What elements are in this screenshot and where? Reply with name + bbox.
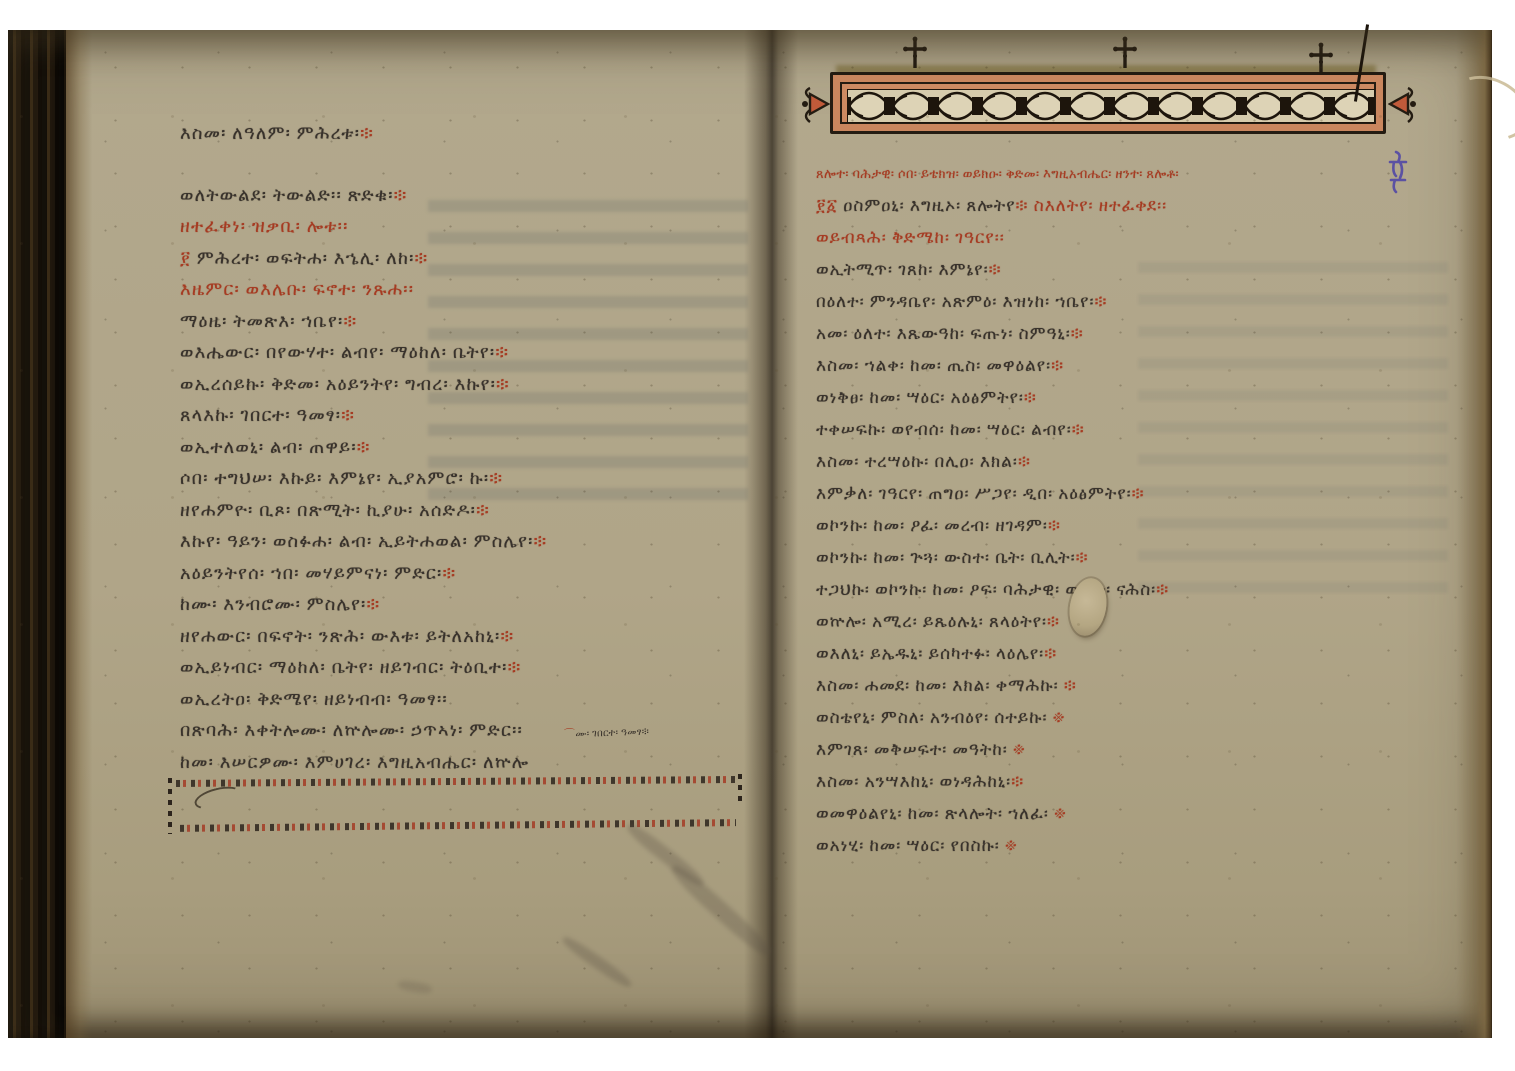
text-line: ወስቴየኒ፡ ምስለ፡ አንብዕየ፡ ሰተይኩ፡ ፠ bbox=[816, 702, 1436, 734]
ink-text: ወኢይነብር፡ ማዕከለ፡ ቤትየ፡ ዘይገብር፡ ትዕቢተ፡ bbox=[180, 657, 508, 677]
text-line: አመ፡ ዕለተ፡ እጼውዓከ፡ ፍጡነ፡ ስምዓኒ፡፨ bbox=[816, 318, 1436, 350]
ink-text: ማዕዜ፡ ትመጽእ፡ ኀቤየ፡ bbox=[180, 311, 343, 331]
text-line: ዘየሐምዮ፡ ቢጾ፡ በጽሚት፡ ኪያሁ፡ አሰድዶ፡፨ bbox=[180, 495, 780, 527]
text-line: ዘተፈቀነ፡ ዝቃቢ፡ ሎቱ፡፡ bbox=[180, 211, 780, 243]
rubricated-text: ፨ bbox=[534, 531, 548, 551]
text-line: እስመ፡ ለዓለም፡ ምሕረቱ፡፨ bbox=[180, 118, 780, 150]
text-line: ፻፩ ዐስምዐኒ፡ እግዚኦ፡ ጸሎትየ፨ ስእለትየ፡ ዘተፈቀደ፡፡ bbox=[816, 190, 1436, 222]
text-line: እምቃለ፡ ገዓርየ፡ ጠግዐ፡ ሥጋየ፡ ዲበ፡ አዕፅምትየ፡፨ bbox=[816, 478, 1436, 510]
cross-icon bbox=[1112, 36, 1138, 72]
ink-smudge bbox=[560, 934, 634, 991]
finial-icon-left bbox=[800, 82, 830, 126]
ink-text: ዐስምዐኒ፡ እግዚኦ፡ ጸሎትየ bbox=[843, 196, 1015, 215]
cross-icon bbox=[1308, 42, 1334, 78]
text-line: ጸላእኩ፡ ገበርተ፡ ዓመፃ፡፨ bbox=[180, 400, 780, 432]
rubricated-text: ፨ bbox=[1044, 644, 1057, 663]
ink-text: ዘየሐውር፡ በፍኖት፡ ንጽሕ፡ ውእቱ፡ ይትለአከኒ፡ bbox=[180, 626, 500, 646]
rubricated-text: ፠ bbox=[1005, 836, 1018, 855]
dotted-filler-row bbox=[180, 819, 736, 832]
rubricated-text: ፨ bbox=[496, 374, 510, 394]
ink-text: ወኢረትዐ፡ ቅድሜየ፡ ዘይነብብ፡ ዓመፃ፡፡ bbox=[180, 689, 448, 709]
ink-text: እምቃለ፡ ገዓርየ፡ ጠግዐ፡ ሥጋየ፡ ዲበ፡ አዕፅምትየ፡ bbox=[816, 484, 1132, 503]
ink-text: ወኮንኩ፡ ከመ፡ ጕጓ፡ ውስተ፡ ቤት፡ ቢሊት፡ bbox=[816, 548, 1076, 567]
left-page-text-column: እስመ፡ ለዓለም፡ ምሕረቱ፡፨ወለትውልደ፡ ትውልድ፡፡ ጽድቁ፡፨ዘተፈ… bbox=[180, 118, 780, 778]
rubricated-text: ፨ bbox=[508, 657, 522, 677]
ink-text: እስመ፡ አንሣእከኒ፡ ወነዳሕከኒ፡ bbox=[816, 772, 1011, 791]
rubricated-text: ፨ bbox=[476, 500, 490, 520]
manuscript-scan: እስመ፡ ለዓለም፡ ምሕረቱ፡፨ወለትውልደ፡ ትውልድ፡፡ ጽድቁ፡፨ዘተፈ… bbox=[0, 0, 1515, 1071]
pen-squiggle bbox=[192, 782, 243, 813]
ink-text: ከመ፡ እሠርዎሙ፡ እምሀገረ፡ እግዚአብሔር፡ ለኵሎ bbox=[180, 752, 529, 772]
insertion-mark: ⌒ bbox=[564, 728, 576, 740]
ink-text: በዕለተ፡ ምንዳቤየ፡ አጽምዕ፡ እዝነከ፡ ኀቤየ፡ bbox=[816, 292, 1094, 311]
text-line: በዕለተ፡ ምንዳቤየ፡ አጽምዕ፡ እዝነከ፡ ኀቤየ፡፨ bbox=[816, 286, 1436, 318]
headpiece-chain-pattern bbox=[847, 89, 1375, 123]
rubricated-text: ፠ bbox=[1053, 708, 1066, 727]
rubricated-text: ፨ bbox=[489, 468, 503, 488]
rubricated-text: ፨ bbox=[1048, 516, 1061, 535]
ink-text: ከሙ፡ እንብሮሙ፡ ምስሌየ፡ bbox=[180, 594, 367, 614]
rubricated-text: ፨ bbox=[1047, 612, 1060, 631]
rubricated-text: ፨ bbox=[1018, 452, 1031, 471]
ink-text: እስመ፡ ሐመደ፡ ከመ፡ እክል፡ ቀማሕኩ፡ bbox=[816, 676, 1064, 695]
ink-text: በጽባሕ፡ እቀትሎሙ፡ ለኵሎሙ፡ ኃጥኣነ፡ ምድር፡፡ bbox=[180, 720, 523, 740]
ink-text: ወአነሂ፡ ከመ፡ ሣዕር፡ የበስኩ፡ bbox=[816, 836, 1005, 855]
ink-text: ተቀሠፍኩ፡ ወየብሰ፡ ከመ፡ ሣዕር፡ ልብየ፡ bbox=[816, 420, 1072, 439]
ink-text: ወእለኒ፡ ይኤዱኒ፡ ይሰካተፉ፡ ላዕሌየ፡ bbox=[816, 644, 1044, 663]
right-page-text-column: ጸሎተ፡ ባሕታዊ፡ ሶበ፡ ይቴክዝ፡ ወይክዑ፡ ቅድመ፡ እግዚአብሔር፡… bbox=[816, 158, 1436, 862]
ink-text: ወለትውልደ፡ ትውልድ፡፡ ጽድቁ፡ bbox=[180, 185, 394, 205]
finial-icon-right bbox=[1388, 82, 1418, 126]
text-line: ጸሎተ፡ ባሕታዊ፡ ሶበ፡ ይቴክዝ፡ ወይክዑ፡ ቅድመ፡ እግዚአብሔር፡… bbox=[816, 158, 1436, 190]
filler-edge-ticks bbox=[738, 774, 742, 804]
ink-text: እምገጸ፡ መቅሠፍተ፡ መዓትከ፡ bbox=[816, 740, 1013, 759]
text-line: እዜምር፡ ወእሌቡ፡ ፍኖተ፡ ንጹሐ፡፡ bbox=[180, 274, 780, 306]
text-line: አዕይንትየሰ፡ ኀበ፡ መሃይምናነ፡ ምድር፡፨ bbox=[180, 558, 780, 590]
ink-text: ወኢትሚጥ፡ ገጸከ፡ እምኔየ፡ bbox=[816, 260, 989, 279]
rubricated-text: ፨ bbox=[1076, 548, 1089, 567]
text-line: እምገጸ፡ መቅሠፍተ፡ መዓትከ፡ ፠ bbox=[816, 734, 1436, 766]
ink-text: አመ፡ ዕለተ፡ እጼውዓከ፡ ፍጡነ፡ ስምዓኒ፡ bbox=[816, 324, 1071, 343]
ink-text: ወእሔውር፡ በየውሃተ፡ ልብየ፡ ማዕከለ፡ ቤትየ፡ bbox=[180, 342, 495, 362]
codex-photo: እስመ፡ ለዓለም፡ ምሕረቱ፡፨ወለትውልደ፡ ትውልድ፡፡ ጽድቁ፡፨ዘተፈ… bbox=[8, 30, 1492, 1038]
rubricated-text: ፨ bbox=[1094, 292, 1107, 311]
ink-text: ወኮንኩ፡ ከመ፡ ዖፈ፡ መረብ፡ ዘገዳም፡ bbox=[816, 516, 1048, 535]
ink-text: ወመዋዕልየኒ፡ ከመ፡ ጽላሎት፡ ኀለፈ፡ bbox=[816, 804, 1054, 823]
book-spine-binding bbox=[8, 30, 66, 1038]
rubricated-text: ፻፩ bbox=[816, 196, 843, 215]
rubricated-text: ፻ bbox=[180, 248, 197, 268]
blue-quire-mark bbox=[1386, 148, 1410, 198]
rubricated-text: ወይብጻሕ፡ ቅድሜከ፡ ገዓርየ፡፡ bbox=[816, 228, 1005, 247]
rubricated-text: ፨ bbox=[357, 437, 371, 457]
text-line: ወነቅፀ፡ ከመ፡ ሣዕር፡ አዕፅምትየ፡፨ bbox=[816, 382, 1436, 414]
right-page-fore-edge bbox=[1456, 30, 1492, 1038]
text-line: ዘየሐውር፡ በፍኖት፡ ንጽሕ፡ ውእቱ፡ ይትለአከኒ፡፨ bbox=[180, 621, 780, 653]
rubricated-text: ፠ bbox=[1054, 804, 1067, 823]
left-page-edge bbox=[66, 30, 92, 1038]
text-line: ከመ፡ እሠርዎሙ፡ እምሀገረ፡ እግዚአብሔር፡ ለኵሎ bbox=[180, 747, 780, 779]
text-line: ወኮንኩ፡ ከመ፡ ዖፈ፡ መረብ፡ ዘገዳም፡፨ bbox=[816, 510, 1436, 542]
text-line: ወይብጻሕ፡ ቅድሜከ፡ ገዓርየ፡፡ bbox=[816, 222, 1436, 254]
ink-text: ሶበ፡ ተግህሠ፡ እኩይ፡ እምኔየ፡ ኢያአምሮ፡ ኩ፡ bbox=[180, 468, 489, 488]
text-line: ተቀሠፍኩ፡ ወየብሰ፡ ከመ፡ ሣዕር፡ ልብየ፡፨ bbox=[816, 414, 1436, 446]
text-line: በጽባሕ፡ እቀትሎሙ፡ ለኵሎሙ፡ ኃጥኣነ፡ ምድር፡፡ bbox=[180, 715, 780, 747]
text-line: እስመ፡ ተረሣዕኩ፡ በሊዐ፡ እክል፡፨ bbox=[816, 446, 1436, 478]
rubricated-text: ፨ bbox=[1024, 388, 1037, 407]
headpiece-outer-frame bbox=[830, 72, 1386, 134]
ink-smudge bbox=[397, 979, 432, 995]
rubricated-text: ፨ bbox=[394, 185, 408, 205]
text-line: ወመዋዕልየኒ፡ ከመ፡ ጽላሎት፡ ኀለፈ፡ ፠ bbox=[816, 798, 1436, 830]
ink-text: ወኵሎ፡ አሚረ፡ ይጼዕሉኒ፡ ጸላዕትየ፡ bbox=[816, 612, 1047, 631]
ink-text: አዕይንትየሰ፡ ኀበ፡ መሃይምናነ፡ ምድር፡ bbox=[180, 563, 443, 583]
rubricated-text: ፨ bbox=[1156, 580, 1169, 599]
text-line: እስመ፡ ኀልቀ፡ ከመ፡ ጢስ፡ መዋዕልየ፡፨ bbox=[816, 350, 1436, 382]
cross-icon bbox=[902, 36, 928, 72]
rubricated-text: ፨ bbox=[1132, 484, 1145, 503]
interlinear-text: ሙ፡ ገበርተ፡ ዓመፃ፨ bbox=[575, 727, 649, 741]
ink-text: እስመ፡ ለዓለም፡ ምሕረቱ፡ bbox=[180, 123, 360, 143]
ink-text: ወኢተለወኒ፡ ልብ፡ ጠዋይ፡ bbox=[180, 437, 357, 457]
text-line: ወኢረሰይኩ፡ ቅድመ፡ አዕይንትየ፡ ግብረ፡ እኩየ፡፨ bbox=[180, 369, 780, 401]
text-line: ወእለኒ፡ ይኤዱኒ፡ ይሰካተፉ፡ ላዕሌየ፡፨ bbox=[816, 638, 1436, 670]
text-line: ወኢተለወኒ፡ ልብ፡ ጠዋይ፡፨ bbox=[180, 432, 780, 464]
ink-text: እስመ፡ ተረሣዕኩ፡ በሊዐ፡ እክል፡ bbox=[816, 452, 1018, 471]
text-line: ሶበ፡ ተግህሠ፡ እኩይ፡ እምኔየ፡ ኢያአምሮ፡ ኩ፡፨ bbox=[180, 463, 780, 495]
text-line: እስመ፡ ሐመደ፡ ከመ፡ እክል፡ ቀማሕኩ፡ ፨ bbox=[816, 670, 1436, 702]
rubricated-text: ፨ bbox=[443, 563, 457, 583]
text-line: ተጋህኩ፡ ወኮንኩ፡ ከመ፡ ዖፍ፡ ባሕታዊ፡ ውስተ፡ ናሕስ፡፨ bbox=[816, 574, 1436, 606]
ink-text: ወኢረሰይኩ፡ ቅድመ፡ አዕይንትየ፡ ግብረ፡ እኩየ፡ bbox=[180, 374, 496, 394]
rubricated-text: ፨ bbox=[360, 123, 374, 143]
text-line: ወለትውልደ፡ ትውልድ፡፡ ጽድቁ፡፨ bbox=[180, 180, 780, 212]
rubricated-text: ፨ bbox=[343, 311, 357, 331]
ink-text: ጸላእኩ፡ ገበርተ፡ ዓመፃ፡ bbox=[180, 405, 341, 425]
filler-edge-ticks bbox=[168, 778, 172, 834]
rubricated-text: ፨ bbox=[1071, 324, 1084, 343]
text-line: ወኮንኩ፡ ከመ፡ ጕጓ፡ ውስተ፡ ቤት፡ ቢሊት፡፨ bbox=[816, 542, 1436, 574]
rubricated-text: ፨ bbox=[1051, 356, 1064, 375]
rubricated-text: ፨ bbox=[367, 594, 381, 614]
rubricated-text: ፨ ስእለትየ፡ ዘተፈቀደ፡፡ bbox=[1016, 196, 1168, 215]
rubricated-text: ፨ bbox=[1011, 772, 1024, 791]
ink-text: ምሕረተ፡ ወፍትሐ፡ እኄሊ፡ ለከ፡ bbox=[197, 248, 415, 268]
ink-text: እኩየ፡ ዓይን፡ ወስፉሐ፡ ልብ፡ ኢይትሐወል፡ ምስሌየ፡ bbox=[180, 531, 534, 551]
ink-text: ወስቴየኒ፡ ምስለ፡ አንብዕየ፡ ሰተይኩ፡ bbox=[816, 708, 1053, 727]
headpiece-ornament bbox=[830, 72, 1386, 134]
text-line: ከሙ፡ እንብሮሙ፡ ምስሌየ፡፨ bbox=[180, 589, 780, 621]
rubricated-text: ፠ bbox=[1013, 740, 1026, 759]
rubricated-text: እዜምር፡ ወእሌቡ፡ ፍኖተ፡ ንጹሐ፡፡ bbox=[180, 279, 414, 299]
text-line: እስመ፡ አንሣእከኒ፡ ወነዳሕከኒ፡፨ bbox=[816, 766, 1436, 798]
text-line: እኩየ፡ ዓይን፡ ወስፉሐ፡ ልብ፡ ኢይትሐወል፡ ምስሌየ፡፨ bbox=[180, 526, 780, 558]
ink-text: እስመ፡ ኀልቀ፡ ከመ፡ ጢስ፡ መዋዕልየ፡ bbox=[816, 356, 1051, 375]
text-line: ወእሔውር፡ በየውሃተ፡ ልብየ፡ ማዕከለ፡ ቤትየ፡፨ bbox=[180, 337, 780, 369]
text-line: ወኢትሚጥ፡ ገጸከ፡ እምኔየ፡፨ bbox=[816, 254, 1436, 286]
ink-text: ዘየሐምዮ፡ ቢጾ፡ በጽሚት፡ ኪያሁ፡ አሰድዶ፡ bbox=[180, 500, 476, 520]
text-line: ወአነሂ፡ ከመ፡ ሣዕር፡ የበስኩ፡ ፠ bbox=[816, 830, 1436, 862]
rubricated-text: ፨ bbox=[1064, 676, 1077, 695]
text-line: ወኵሎ፡ አሚረ፡ ይጼዕሉኒ፡ ጸላዕትየ፡፨ bbox=[816, 606, 1436, 638]
interlinear-correction: ⌒ሙ፡ ገበርተ፡ ዓመፃ፨ bbox=[564, 723, 650, 742]
rubricated-text: ፨ bbox=[415, 248, 429, 268]
text-line: ወኢይነብር፡ ማዕከለ፡ ቤትየ፡ ዘይገብር፡ ትዕቢተ፡፨ bbox=[180, 652, 780, 684]
text-line: ወኢረትዐ፡ ቅድሜየ፡ ዘይነብብ፡ ዓመፃ፡፡ bbox=[180, 684, 780, 716]
ink-text: ወነቅፀ፡ ከመ፡ ሣዕር፡ አዕፅምትየ፡ bbox=[816, 388, 1024, 407]
rubricated-text: ፨ bbox=[989, 260, 1002, 279]
rubricated-text: ፨ bbox=[341, 405, 355, 425]
text-line: ፻ ምሕረተ፡ ወፍትሐ፡ እኄሊ፡ ለከ፡፨ bbox=[180, 243, 780, 275]
rubricated-text: ፨ bbox=[1072, 420, 1085, 439]
rubricated-text: ፨ bbox=[500, 626, 514, 646]
rubricated-text: ዘተፈቀነ፡ ዝቃቢ፡ ሎቱ፡፡ bbox=[180, 216, 349, 236]
rubricated-text: ጸሎተ፡ ባሕታዊ፡ ሶበ፡ ይቴክዝ፡ ወይክዑ፡ ቅድመ፡ እግዚአብሔር፡… bbox=[816, 166, 1179, 181]
text-line: ማዕዜ፡ ትመጽእ፡ ኀቤየ፡፨ bbox=[180, 306, 780, 338]
rubricated-text: ፨ bbox=[495, 342, 509, 362]
